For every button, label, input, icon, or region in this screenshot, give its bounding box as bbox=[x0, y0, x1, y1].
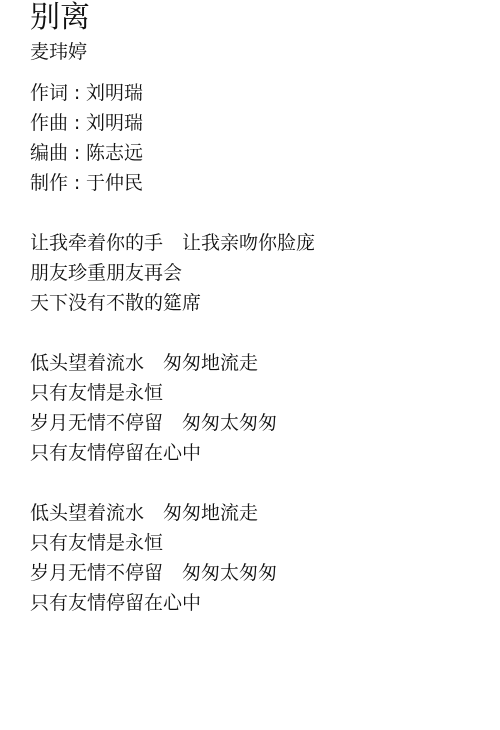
verse-2: 低头望着流水 匆匆地流走 只有友情是永恒 岁月无情不停留 匆匆太匆匆 只有友情停… bbox=[30, 348, 490, 468]
credit-separator: : bbox=[68, 168, 86, 198]
lyric-line: 只有友情是永恒 bbox=[30, 528, 490, 558]
lyric-line: 只有友情停留在心中 bbox=[30, 588, 490, 618]
credit-role: 作曲 bbox=[30, 112, 68, 134]
credits-block: 作词:刘明瑞 作曲:刘明瑞 编曲:陈志远 制作:于仲民 bbox=[30, 78, 490, 198]
credit-role: 制作 bbox=[30, 172, 68, 194]
lyric-line: 朋友珍重朋友再会 bbox=[30, 258, 490, 288]
lyric-line: 岁月无情不停留 匆匆太匆匆 bbox=[30, 558, 490, 588]
verse-3: 低头望着流水 匆匆地流走 只有友情是永恒 岁月无情不停留 匆匆太匆匆 只有友情停… bbox=[30, 498, 490, 618]
lyric-line: 只有友情是永恒 bbox=[30, 378, 490, 408]
lyric-line: 天下没有不散的筵席 bbox=[30, 288, 490, 318]
credit-composer: 作曲:刘明瑞 bbox=[30, 108, 490, 138]
lyric-line: 只有友情停留在心中 bbox=[30, 438, 490, 468]
credit-name: 刘明瑞 bbox=[86, 112, 143, 134]
lyric-line: 低头望着流水 匆匆地流走 bbox=[30, 498, 490, 528]
credit-separator: : bbox=[68, 78, 86, 108]
song-artist: 麦玮婷 bbox=[30, 38, 490, 68]
lyric-line: 低头望着流水 匆匆地流走 bbox=[30, 348, 490, 378]
lyric-line: 岁月无情不停留 匆匆太匆匆 bbox=[30, 408, 490, 438]
credit-name: 刘明瑞 bbox=[86, 82, 143, 104]
credit-name: 陈志远 bbox=[86, 142, 143, 164]
credit-separator: : bbox=[68, 138, 86, 168]
song-title: 别离 bbox=[30, 0, 490, 38]
lyric-line: 让我牵着你的手 让我亲吻你脸庞 bbox=[30, 228, 490, 258]
lyrics-page: 别离 麦玮婷 作词:刘明瑞 作曲:刘明瑞 编曲:陈志远 制作:于仲民 让我牵着你… bbox=[30, 0, 490, 618]
verse-spacer bbox=[30, 198, 490, 228]
credit-producer: 制作:于仲民 bbox=[30, 168, 490, 198]
credit-lyricist: 作词:刘明瑞 bbox=[30, 78, 490, 108]
verse-spacer bbox=[30, 318, 490, 348]
verse-spacer bbox=[30, 468, 490, 498]
credit-name: 于仲民 bbox=[86, 172, 143, 194]
credit-role: 编曲 bbox=[30, 142, 68, 164]
credit-separator: : bbox=[68, 108, 86, 138]
verse-1: 让我牵着你的手 让我亲吻你脸庞 朋友珍重朋友再会 天下没有不散的筵席 bbox=[30, 228, 490, 318]
credit-role: 作词 bbox=[30, 82, 68, 104]
credit-arranger: 编曲:陈志远 bbox=[30, 138, 490, 168]
